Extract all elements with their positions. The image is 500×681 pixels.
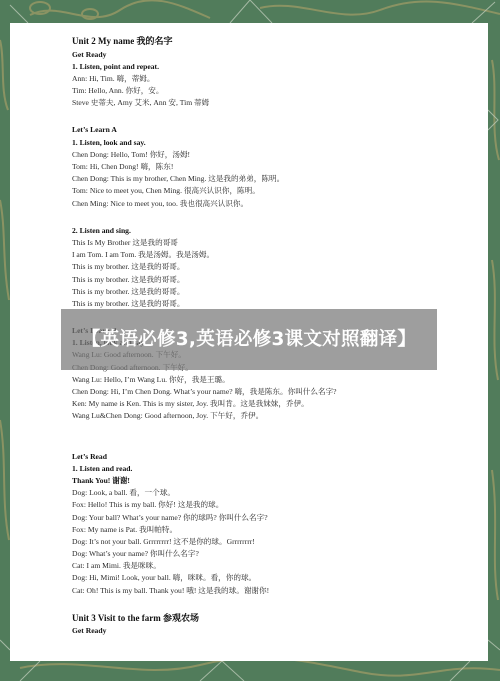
text-line: Dog: It’s not your ball. Grrrrrrrr! 这不是你… [72,536,472,548]
text-line: Dog: What’s your name? 你叫什么名字? [72,548,472,560]
section-heading: 1. Listen and read. [72,463,472,475]
text-line: Tom: Hi, Chen Dong! 嗨，陈东! [72,161,472,173]
unit2-title: Unit 2 My name 我的名字 [72,35,472,49]
text-line: Chen Ming: Nice to meet you, too. 我也很高兴认… [72,198,472,210]
title-overlay-banner: 【英语必修3,英语必修3课文对照翻译】 [61,309,437,370]
text-line: Dog: Hi, Mimi! Look, your ball. 嗨，咪咪。看，你… [72,572,472,584]
text-line: Fox: Hello! This is my ball. 你好! 这是我的球。 [72,499,472,511]
text-line: Fox: My name is Pat. 我叫帕特。 [72,524,472,536]
story-title: Thank You! 谢谢! [72,475,472,487]
text-line: Chen Dong: Hello, Tom! 你好，汤姆! [72,149,472,161]
text-line: Dog: Look, a ball. 看，一个球。 [72,487,472,499]
lets-read-heading: Let’s Read [72,451,472,463]
text-line: Tim: Hello, Ann. 你好，安。 [72,85,472,97]
text-line: Steve 史蒂夫, Amy 艾米, Ann 安, Tim 蒂姆 [72,97,472,109]
get-ready-heading: Get Ready [72,49,472,61]
text-line: Cat: Oh! This is my ball. Thank you! 哦! … [72,585,472,597]
text-line: Tom: Nice to meet you, Chen Ming. 很高兴认识你… [72,185,472,197]
text-line: I am Tom. I am Tom. 我是汤姆。我是汤姆。 [72,249,472,261]
get-ready-heading: Get Ready [72,625,472,637]
text-line: This is my brother. 这是我的哥哥。 [72,286,472,298]
text-line: Chen Dong: This is my brother, Chen Ming… [72,173,472,185]
text-line: This is my brother. 这是我的哥哥。 [72,261,472,273]
section-heading: 1. Listen, point and repeat. [72,61,472,73]
unit3-title: Unit 3 Visit to the farm 参观农场 [72,612,472,626]
text-line: Wang Lu&Chen Dong: Good afternoon, Joy. … [72,410,472,422]
text-line: Ann: Hi, Tim. 嗨，蒂姆。 [72,73,472,85]
text-line: Cat: I am Mimi. 我是咪咪。 [72,560,472,572]
text-line: Dog: Your ball? What’s your name? 你的球吗? … [72,512,472,524]
overlay-title: 【英语必修3,英语必修3课文对照翻译】 [69,327,429,352]
section-heading: 2. Listen and sing. [72,225,472,237]
text-line: This Is My Brother 这是我的哥哥 [72,237,472,249]
text-line: Wang Lu: Hello, I’m Wang Lu. 你好，我是王璐。 [72,374,472,386]
text-line: Ken: My name is Ken. This is my sister, … [72,398,472,410]
learn-a-heading: Let’s Learn A [72,124,472,136]
text-line: Chen Dong: Hi, I’m Chen Dong. What’s you… [72,386,472,398]
section-heading: 1. Listen, look and say. [72,137,472,149]
text-line: This is my brother. 这是我的哥哥。 [72,274,472,286]
